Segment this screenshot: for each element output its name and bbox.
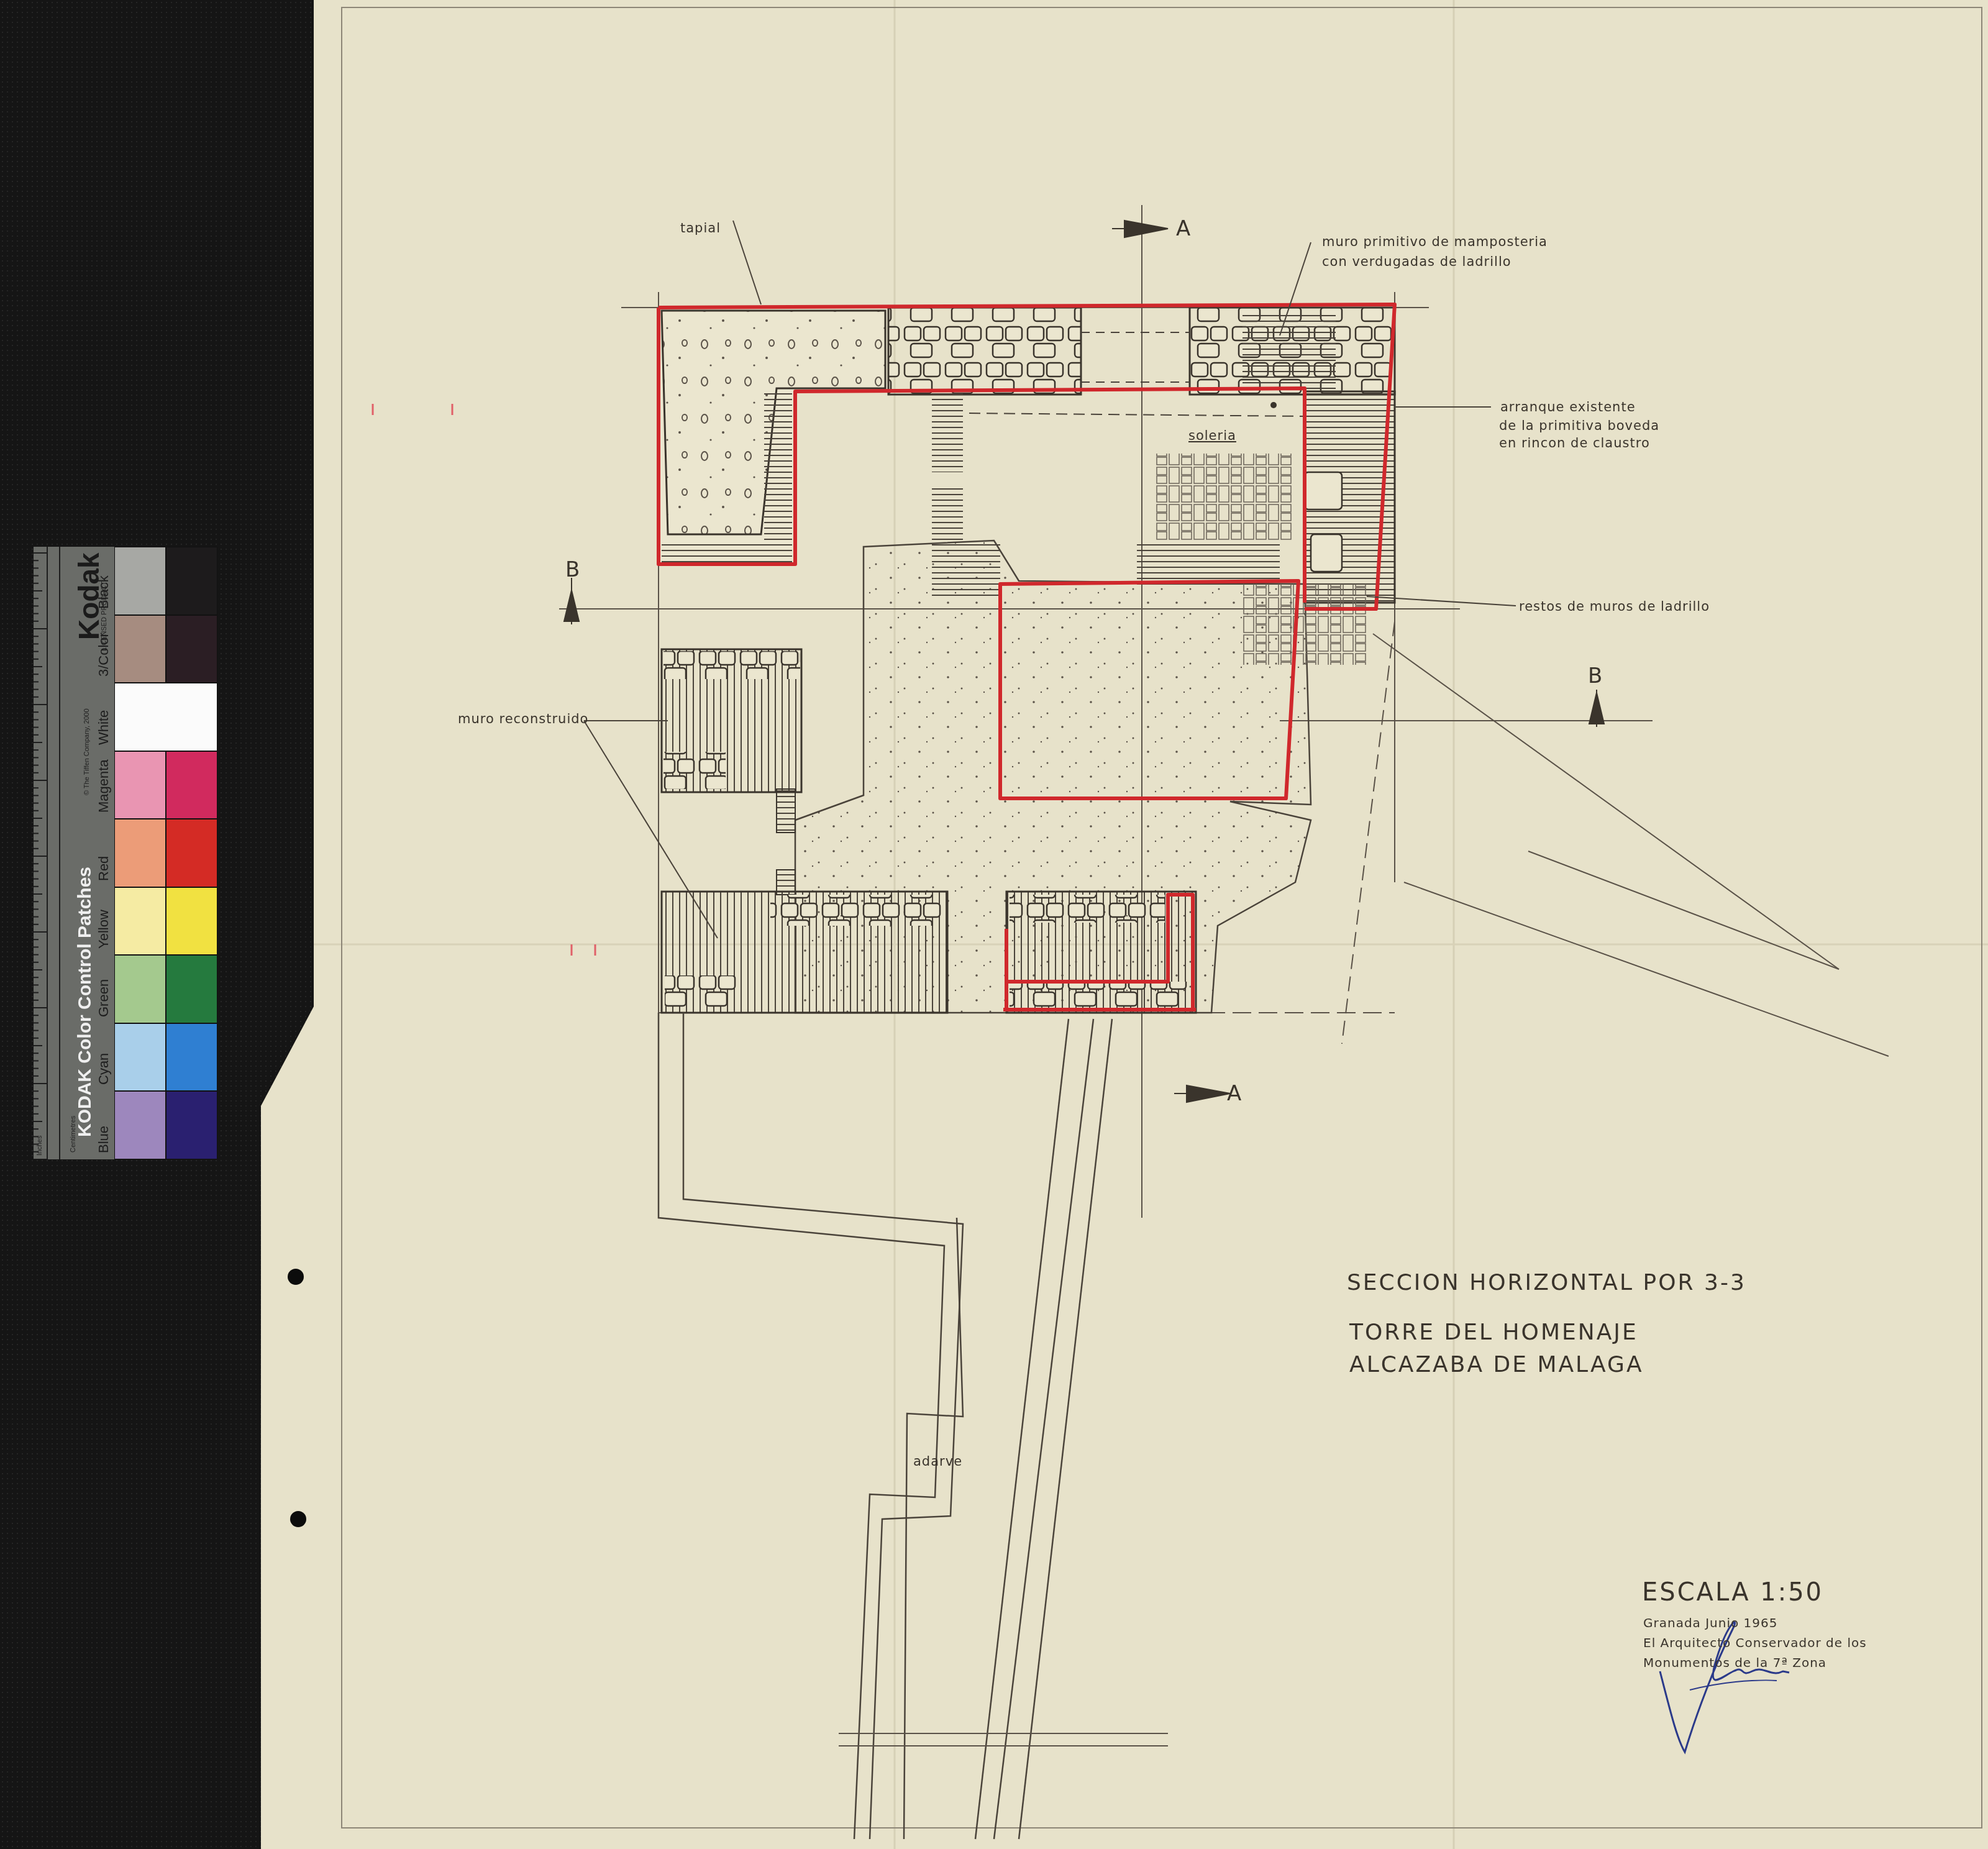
patch-label: White [96,710,112,744]
kodak-color-chart: Inches Centimetres KODAK Color Control P… [34,547,217,1159]
patch-magenta-light [114,751,166,819]
patch-black-dark [166,547,217,615]
label-arranque-3: en rincon de claustro [1499,434,1650,452]
author-line-1: El Arquitecto Conservador de los [1643,1633,1867,1653]
section-mark-b-left: B [565,557,580,582]
patch-black-light [114,547,166,615]
place-date: Granada Junio 1965 [1643,1613,1778,1633]
label-arranque-2: de la primitiva boveda [1499,416,1659,435]
patch-cyan-dark [166,1023,217,1092]
patch-white-light [114,683,217,751]
label-tapial: tapial [680,219,721,237]
patch-label: Magenta [96,760,112,813]
patch-magenta-dark [166,751,217,819]
patch-blue-dark [166,1091,217,1159]
label-muro-primitivo-1: muro primitivo de mamposteria [1322,232,1548,251]
patch-yellow-dark [166,887,217,956]
patch-3-color-dark [166,615,217,683]
scale-label: ESCALA 1:50 [1642,1578,1823,1607]
drawing-subtitle-2: ALCAZABA DE MALAGA [1349,1349,1644,1381]
label-restos-muros: restos de muros de ladrillo [1519,597,1710,616]
patch-red-light [114,819,166,887]
patch-label: Red [96,856,112,880]
patch-label: Green [96,979,112,1017]
drawing-title: SECCION HORIZONTAL POR 3-3 [1347,1267,1746,1299]
label-adarve: adarve [913,1452,962,1471]
patch-blue-light [114,1091,166,1159]
color-patches [114,547,217,1159]
label-arranque-1: arranque existente [1500,398,1636,416]
chart-name: KODAK Color Control Patches [75,867,96,1137]
section-mark-a-bottom: A [1227,1081,1241,1106]
patch-label: Blue [96,1126,112,1153]
patch-green-dark [166,955,217,1023]
patch-label: Yellow [96,910,112,949]
chart-copyright: © The Tiffen Company, 2000 [83,708,91,795]
patch-cyan-light [114,1023,166,1092]
section-mark-a-top: A [1176,216,1190,241]
floor-plan-drawing [0,0,1988,1849]
patch-label: Black [96,575,112,609]
patch-red-dark [166,819,217,887]
label-soleria: soleria [1188,426,1236,445]
label-muro-reconstruido: muro reconstruido [458,710,588,728]
patch-label: 3/Color [96,632,112,677]
ruler: Inches Centimetres KODAK Color Control P… [34,547,114,1159]
ruler-inches-label: Inches [36,1136,43,1156]
label-muro-primitivo-2: con verdugadas de ladrillo [1322,252,1512,271]
drawing-sheet: tapial muro primitivo de mamposteria con… [0,0,1988,1849]
patch-label: Cyan [96,1053,112,1085]
patch-yellow-light [114,887,166,956]
patch-3-color-light [114,615,166,683]
section-mark-b-right: B [1588,664,1602,688]
patch-green-light [114,955,166,1023]
drawing-subtitle-1: TORRE DEL HOMENAJE [1349,1317,1638,1348]
signature-mark [1653,1665,1802,1758]
